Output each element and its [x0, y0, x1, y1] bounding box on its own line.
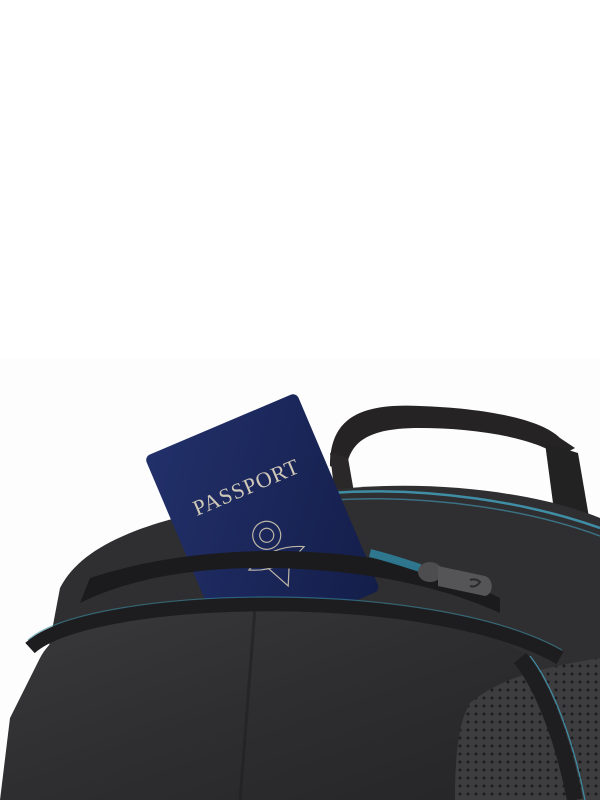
product-photo: PASSPORT — [0, 358, 600, 800]
backpack-illustration: PASSPORT — [0, 358, 600, 800]
white-background — [0, 0, 600, 358]
